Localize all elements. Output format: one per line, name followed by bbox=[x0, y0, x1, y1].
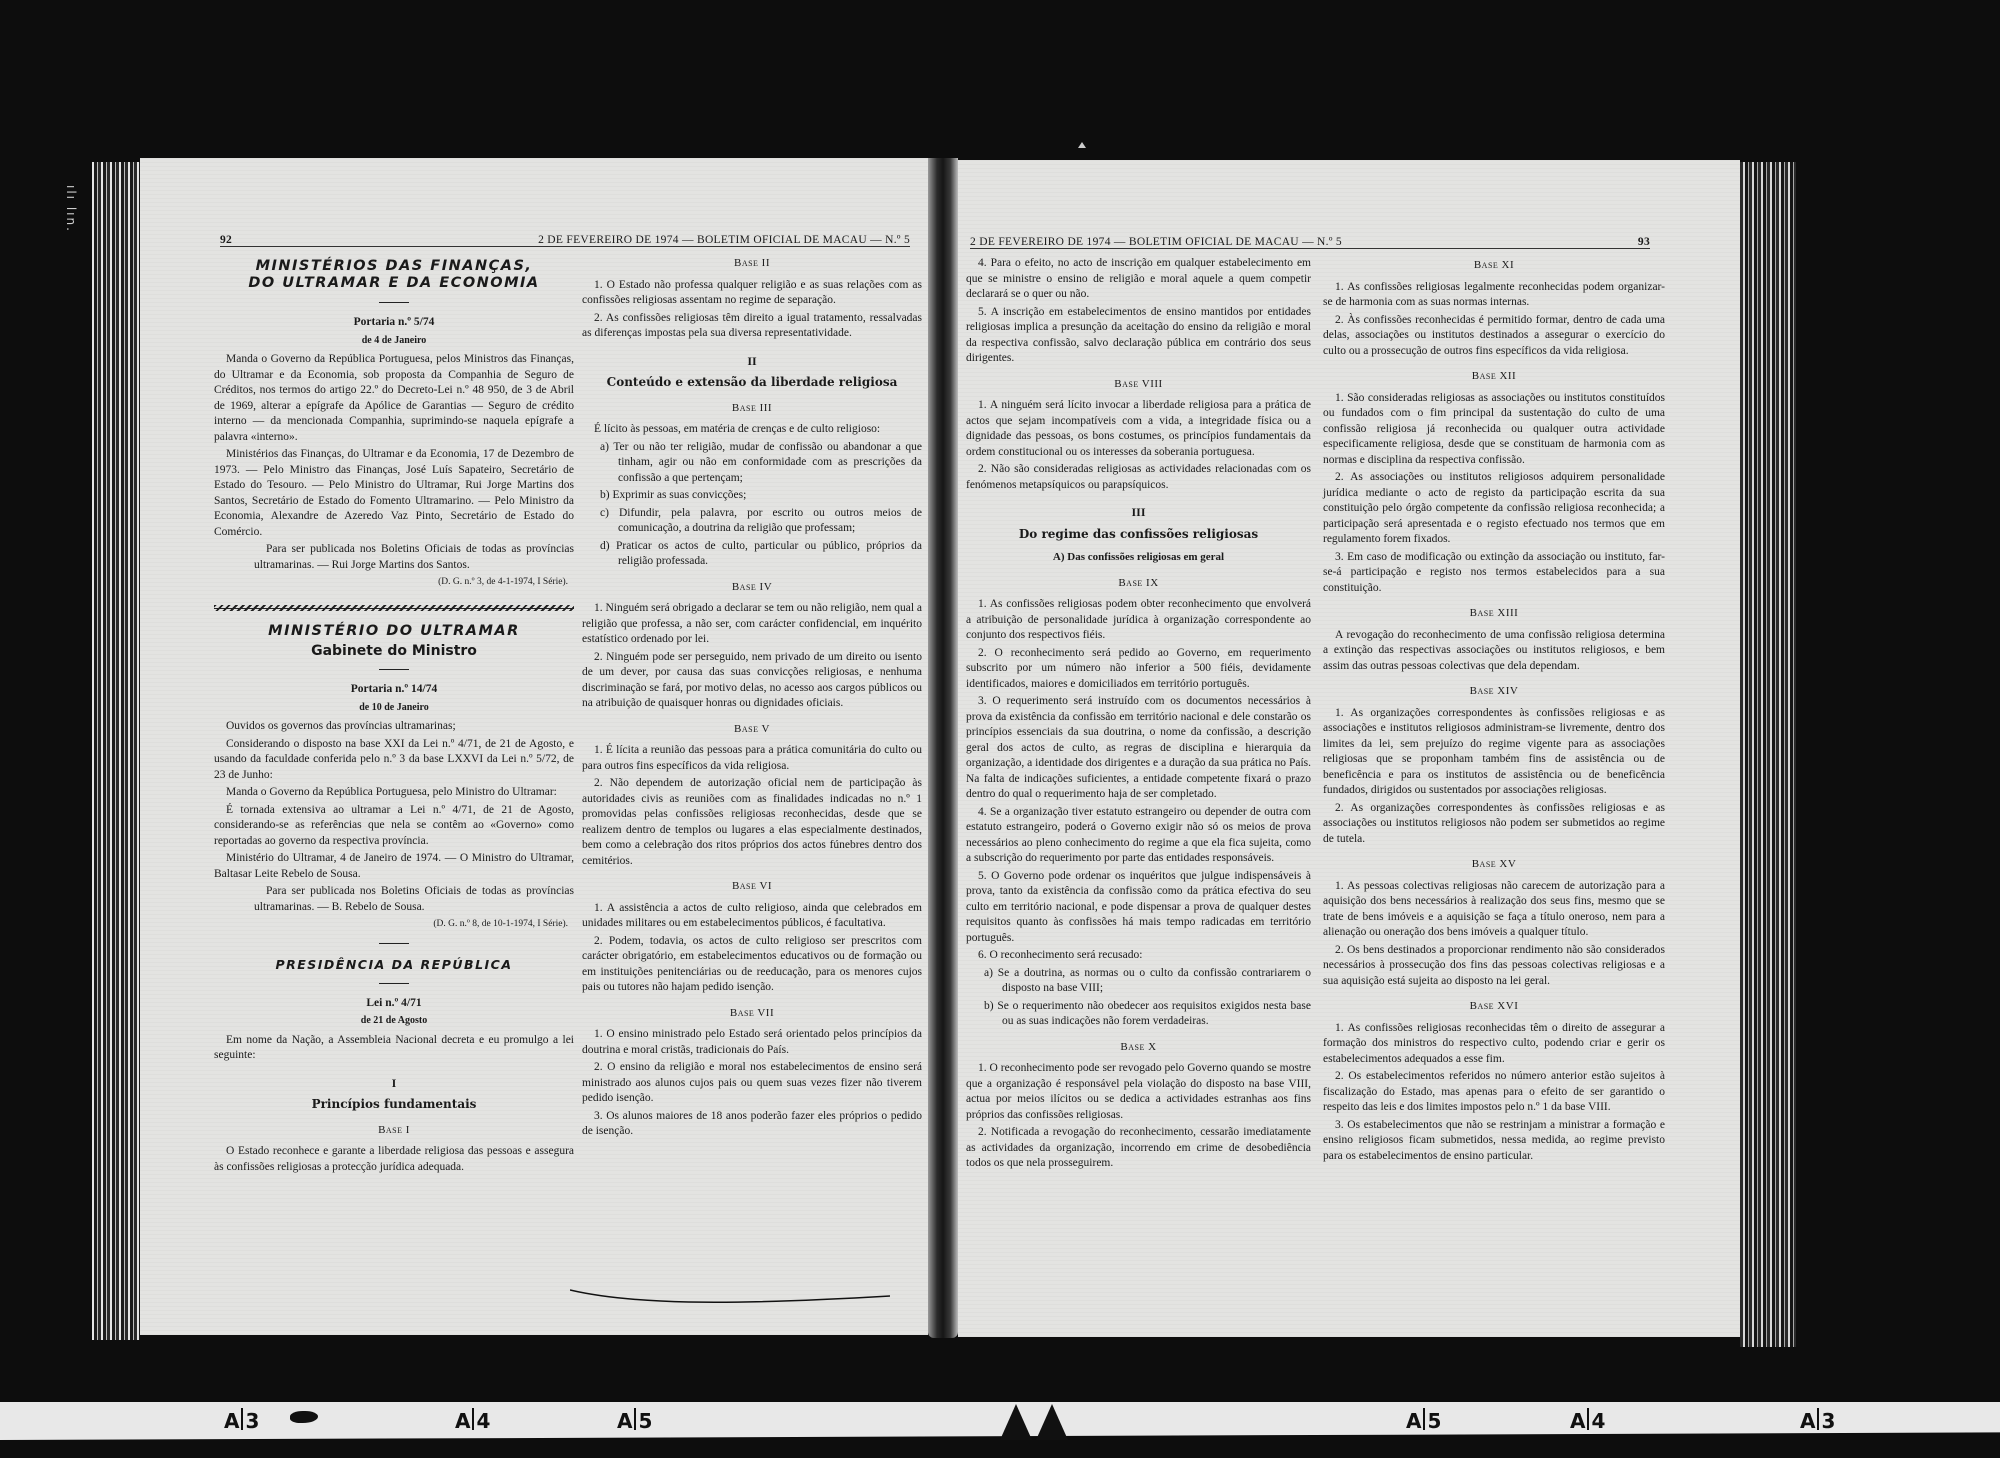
paragraph: Manda o Governo da República Portuguesa,… bbox=[214, 352, 574, 445]
frame-label: A3 bbox=[224, 1408, 259, 1433]
paragraph: 2. Os estabelecimentos referidos no núme… bbox=[1323, 1069, 1665, 1116]
paragraph: 2. As organizações correspondentes às co… bbox=[1323, 801, 1665, 848]
base-heading: Base XII bbox=[1323, 369, 1665, 385]
diario-reference: (D. G. n.º 8, de 10-1-1974, I Série). bbox=[214, 917, 574, 933]
portaria-date: de 10 de Janeiro bbox=[214, 700, 574, 716]
paragraph: 2. Não dependem de autorização oficial n… bbox=[582, 776, 922, 869]
pen-mark bbox=[570, 1286, 890, 1306]
paragraph: 1. As confissões religiosas reconhecidas… bbox=[1323, 1021, 1665, 1068]
portaria-date: de 4 de Janeiro bbox=[214, 333, 574, 349]
base-heading: Base XV bbox=[1323, 857, 1665, 873]
base-heading: Base V bbox=[582, 722, 922, 738]
paragraph: 2. As confissões religiosas têm direito … bbox=[582, 311, 922, 342]
presidency-heading: PRESIDÊNCIA DA REPÚBLICA bbox=[214, 956, 574, 973]
base-heading: Base I bbox=[214, 1123, 574, 1139]
paragraph: 1. As confissões religiosas podem obter … bbox=[966, 597, 1311, 644]
base-heading: Base XIV bbox=[1323, 684, 1665, 700]
list-item: b) Se o requerimento não obedecer aos re… bbox=[966, 999, 1311, 1030]
chapter-title: Princípios fundamentais bbox=[214, 1097, 574, 1113]
paragraph: É tornada extensiva ao ultramar a Lei n.… bbox=[214, 803, 574, 850]
diario-reference: (D. G. n.º 3, de 4-1-1974, I Série). bbox=[214, 575, 574, 591]
paragraph: 1. Ninguém será obrigado a declarar se t… bbox=[582, 601, 922, 648]
paragraph: 2. Ninguém pode ser perseguido, nem priv… bbox=[582, 650, 922, 712]
left-page-column-1: MINISTÉRIOS DAS FINANÇAS, DO ULTRAMAR E … bbox=[214, 254, 574, 1177]
chapter-title: Conteúdo e extensão da liberdade religio… bbox=[582, 375, 922, 391]
page-stack-edge-right bbox=[1740, 162, 1796, 1347]
frame-label: A5 bbox=[617, 1408, 652, 1433]
publication-note: Para ser publicada nos Boletins Oficiais… bbox=[214, 542, 574, 573]
page-number: 92 bbox=[220, 234, 232, 246]
left-page-column-2: Base II 1. O Estado não professa qualque… bbox=[582, 254, 922, 1142]
paragraph: É lícito às pessoas, em matéria de crenç… bbox=[582, 422, 922, 438]
list-item: d) Praticar os actos de culto, particula… bbox=[582, 539, 922, 570]
ministry-heading: MINISTÉRIO DO ULTRAMAR bbox=[214, 623, 574, 640]
ministry-subheading: Gabinete do Ministro bbox=[214, 644, 574, 660]
chapter-number: II bbox=[582, 354, 922, 370]
paragraph: 1. As confissões religiosas legalmente r… bbox=[1323, 280, 1665, 311]
paragraph: 1. O reconhecimento pode ser revogado pe… bbox=[966, 1061, 1311, 1123]
handwritten-margin-note: ılı lın. bbox=[58, 185, 78, 265]
divider bbox=[379, 943, 409, 944]
top-alignment-mark bbox=[1078, 142, 1086, 148]
paragraph: 3. O requerimento será instruído com os … bbox=[966, 694, 1311, 803]
ministry-heading: MINISTÉRIOS DAS FINANÇAS, DO ULTRAMAR E … bbox=[214, 258, 574, 292]
paragraph: 1. As pessoas colectivas religiosas não … bbox=[1323, 879, 1665, 941]
paragraph: 3. Os alunos maiores de 18 anos poderão … bbox=[582, 1109, 922, 1140]
paragraph: 2. Os bens destinados a proporcionar ren… bbox=[1323, 943, 1665, 990]
paragraph: 1. O ensino ministrado pelo Estado será … bbox=[582, 1027, 922, 1058]
paragraph: 1. O Estado não professa qualquer religi… bbox=[582, 278, 922, 309]
running-header-right: 2 DE FEVEREIRO DE 1974 — BOLETIM OFICIAL… bbox=[970, 230, 1650, 249]
right-page-column-1: 4. Para o efeito, no acto de inscrição e… bbox=[966, 256, 1311, 1174]
base-heading: Base VIII bbox=[966, 377, 1311, 393]
paragraph: Em nome da Nação, a Assembleia Nacional … bbox=[214, 1033, 574, 1064]
paragraph: 2. As associações ou institutos religios… bbox=[1323, 470, 1665, 548]
list-item: a) Ter ou não ter religião, mudar de con… bbox=[582, 440, 922, 487]
paragraph: 1. São consideradas religiosas as associ… bbox=[1323, 391, 1665, 469]
frame-label: A4 bbox=[1570, 1408, 1605, 1433]
base-heading: Base XI bbox=[1323, 258, 1665, 274]
list-item: b) Exprimir as suas convicções; bbox=[582, 488, 922, 504]
base-heading: Base X bbox=[966, 1040, 1311, 1056]
frame-center-marker-left bbox=[1000, 1404, 1032, 1440]
base-heading: Base VII bbox=[582, 1006, 922, 1022]
running-head-text: 2 DE FEVEREIRO DE 1974 — BOLETIM OFICIAL… bbox=[970, 236, 1342, 248]
base-heading: Base IV bbox=[582, 580, 922, 596]
paragraph: Ministério do Ultramar, 4 de Janeiro de … bbox=[214, 851, 574, 882]
ministry-heading-line1: MINISTÉRIOS DAS FINANÇAS, bbox=[214, 258, 574, 275]
frame-center-marker-right bbox=[1036, 1404, 1068, 1440]
paragraph: 6. O reconhecimento será recusado: bbox=[966, 948, 1311, 964]
divider bbox=[379, 983, 409, 984]
page-stack-edge-left bbox=[92, 162, 140, 1340]
chapter-number: I bbox=[214, 1076, 574, 1092]
law-date: de 21 de Agosto bbox=[214, 1013, 574, 1029]
frame-label: A4 bbox=[455, 1408, 490, 1433]
paragraph: 3. Em caso de modificação ou extinção da… bbox=[1323, 550, 1665, 597]
paragraph: Manda o Governo da República Portuguesa,… bbox=[214, 785, 574, 801]
frame-label: A5 bbox=[1406, 1408, 1441, 1433]
paragraph: 5. A inscrição em estabelecimentos de en… bbox=[966, 305, 1311, 367]
paragraph: 2. Podem, todavia, os actos de culto rel… bbox=[582, 934, 922, 996]
paragraph: 1. A ninguém será lícito invocar a liber… bbox=[966, 398, 1311, 460]
chapter-title: Do regime das confissões religiosas bbox=[966, 527, 1311, 543]
base-heading: Base IX bbox=[966, 576, 1311, 592]
publication-note: Para ser publicada nos Boletins Oficiais… bbox=[214, 884, 574, 915]
base-heading: Base III bbox=[582, 401, 922, 417]
paragraph: A revogação do reconhecimento de uma con… bbox=[1323, 628, 1665, 675]
base-heading: Base XIII bbox=[1323, 606, 1665, 622]
paragraph: 2. Às confissões reconhecidas é permitid… bbox=[1323, 313, 1665, 360]
chapter-number: III bbox=[966, 505, 1311, 521]
paragraph: Ministérios das Finanças, do Ultramar e … bbox=[214, 447, 574, 540]
frame-label: A3 bbox=[1800, 1408, 1835, 1433]
base-heading: Base XVI bbox=[1323, 999, 1665, 1015]
paragraph: 2. O ensino da religião e moral nos esta… bbox=[582, 1060, 922, 1107]
paragraph: 2. Notificada a revogação do reconhecime… bbox=[966, 1125, 1311, 1172]
right-page-column-2: Base XI 1. As confissões religiosas lega… bbox=[1323, 256, 1665, 1166]
paragraph: 2. Não são consideradas religiosas as ac… bbox=[966, 462, 1311, 493]
base-heading: Base VI bbox=[582, 879, 922, 895]
paragraph: 1. É lícita a reunião das pessoas para a… bbox=[582, 743, 922, 774]
page-number: 93 bbox=[1638, 236, 1650, 248]
paragraph: Considerando o disposto na base XXI da L… bbox=[214, 737, 574, 784]
list-item: a) Se a doutrina, as normas ou o culto d… bbox=[966, 966, 1311, 997]
chapter-subtitle: A) Das confissões religiosas em geral bbox=[966, 550, 1311, 566]
paragraph: 5. O Governo pode ordenar os inquéritos … bbox=[966, 869, 1311, 947]
portaria-title: Portaria n.º 14/74 bbox=[214, 682, 574, 698]
paragraph: 1. As organizações correspondentes às co… bbox=[1323, 706, 1665, 799]
list-item: c) Difundir, pela palavra, por escrito o… bbox=[582, 506, 922, 537]
running-head-text: 2 DE FEVEREIRO DE 1974 — BOLETIM OFICIAL… bbox=[538, 234, 910, 246]
paragraph: Ouvidos os governos das províncias ultra… bbox=[214, 719, 574, 735]
divider bbox=[379, 669, 409, 670]
ministry-heading-line2: DO ULTRAMAR E DA ECONOMIA bbox=[214, 275, 574, 292]
portaria-title: Portaria n.º 5/74 bbox=[214, 315, 574, 331]
book-gutter bbox=[928, 158, 958, 1338]
right-page: 2 DE FEVEREIRO DE 1974 — BOLETIM OFICIAL… bbox=[958, 160, 1740, 1337]
left-page: 92 2 DE FEVEREIRO DE 1974 — BOLETIM OFIC… bbox=[140, 158, 928, 1335]
divider bbox=[379, 302, 409, 303]
paragraph: 4. Para o efeito, no acto de inscrição e… bbox=[966, 256, 1311, 303]
paragraph: 2. O reconhecimento será pedido ao Gover… bbox=[966, 646, 1311, 693]
wavy-divider bbox=[214, 605, 574, 611]
running-header-left: 92 2 DE FEVEREIRO DE 1974 — BOLETIM OFIC… bbox=[220, 228, 910, 247]
paragraph: 4. Se a organização tiver estatuto estra… bbox=[966, 805, 1311, 867]
paragraph: 3. Os estabelecimentos que não se restri… bbox=[1323, 1118, 1665, 1165]
paragraph: 1. A assistência a actos de culto religi… bbox=[582, 901, 922, 932]
base-heading: Base II bbox=[582, 256, 922, 272]
law-title: Lei n.º 4/71 bbox=[214, 996, 574, 1012]
paragraph: O Estado reconhece e garante a liberdade… bbox=[214, 1144, 574, 1175]
